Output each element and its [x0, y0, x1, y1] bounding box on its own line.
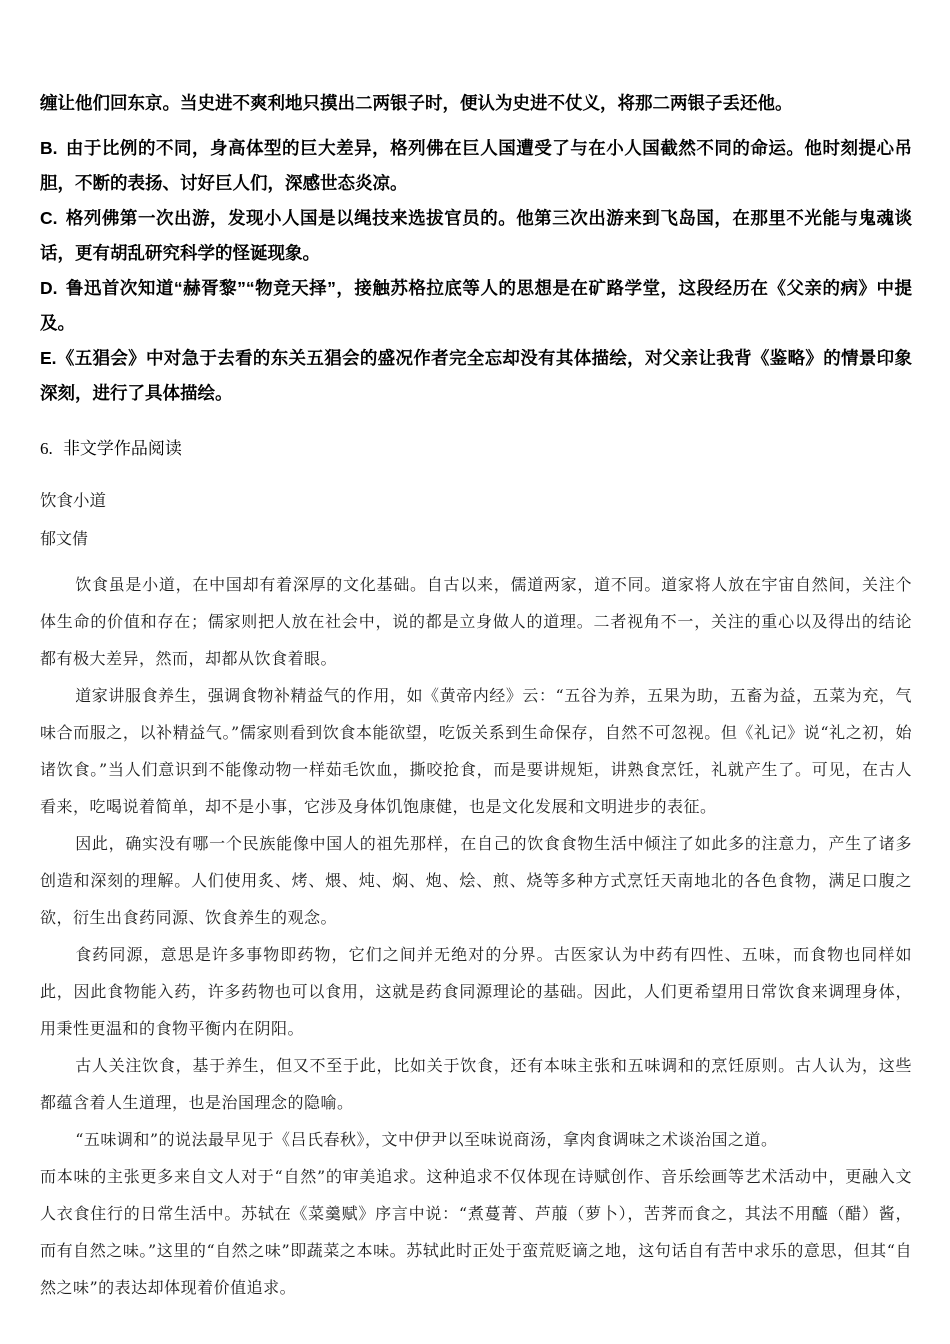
passage-author: 郁文倩: [40, 526, 912, 552]
option-e-label: E.: [40, 348, 57, 368]
option-b-label: B.: [40, 138, 58, 158]
option-a-continuation-text: 缠让他们回东京。当史进不爽利地只摸出二两银子时，便认为史进不仗义，将那二两银子丢…: [40, 86, 912, 121]
option-d-label: D.: [40, 278, 58, 298]
question-title: 非文学作品阅读: [63, 439, 182, 458]
question-number: 6.: [40, 439, 53, 458]
choice-options-section: 缠让他们回东京。当史进不爽利地只摸出二两银子时，便认为史进不仗义，将那二两银子丢…: [40, 86, 912, 411]
option-d-text: 鲁迅首次知道“赫胥黎”“物竞天择”，接触苏格拉底等人的思想是在矿路学堂，这段经历…: [40, 278, 912, 333]
passage-paragraph-2: 道家讲服食养生，强调食物补精益气的作用，如《黄帝内经》云：“五谷为养，五果为助，…: [40, 677, 912, 825]
option-d: D.鲁迅首次知道“赫胥黎”“物竞天择”，接触苏格拉底等人的思想是在矿路学堂，这段…: [40, 271, 912, 341]
reading-passage: 饮食小道 郁文倩 饮食虽是小道，在中国却有着深厚的文化基础。自古以来，儒道两家，…: [40, 488, 912, 1306]
passage-paragraph-3: 因此，确实没有哪一个民族能像中国人的祖先那样，在自己的饮食食物生活中倾注了如此多…: [40, 825, 912, 936]
option-b-text: 由于比例的不同，身高体型的巨大差异，格列佛在巨人国遭受了与在小人国截然不同的命运…: [40, 138, 912, 193]
passage-paragraph-7: 而本味的主张更多来自文人对于“自然”的审美追求。这种追求不仅体现在诗赋创作、音乐…: [40, 1158, 912, 1306]
passage-paragraph-4: 食药同源，意思是许多事物即药物，它们之间并无绝对的分界。古医家认为中药有四性、五…: [40, 936, 912, 1047]
option-c: C.格列佛第一次出游，发现小人国是以绳技来选拔官员的。他第三次出游来到飞岛国，在…: [40, 201, 912, 271]
passage-paragraph-6: “五味调和”的说法最早见于《吕氏春秋》，文中伊尹以至味说商汤，拿肉食调味之术谈治…: [40, 1121, 912, 1158]
document-page: 缠让他们回东京。当史进不爽利地只摸出二两银子时，便认为史进不仗义，将那二两银子丢…: [0, 0, 950, 1344]
option-e: E.《五猖会》中对急于去看的东关五猖会的盛况作者完全忘却没有其体描绘，对父亲让我…: [40, 341, 912, 411]
option-c-label: C.: [40, 208, 58, 228]
passage-paragraph-1: 饮食虽是小道，在中国却有着深厚的文化基础。自古以来，儒道两家，道不同。道家将人放…: [40, 566, 912, 677]
option-b: B.由于比例的不同，身高体型的巨大差异，格列佛在巨人国遭受了与在小人国截然不同的…: [40, 131, 912, 201]
passage-title: 饮食小道: [40, 488, 912, 514]
option-e-text: 《五猖会》中对急于去看的东关五猖会的盛况作者完全忘却没有其体描绘，对父亲让我背《…: [40, 348, 912, 403]
option-c-text: 格列佛第一次出游，发现小人国是以绳技来选拔官员的。他第三次出游来到飞岛国，在那里…: [40, 208, 912, 263]
passage-paragraph-5: 古人关注饮食，基于养生，但又不至于此，比如关于饮食，还有本味主张和五味调和的烹饪…: [40, 1047, 912, 1121]
question-heading: 6.非文学作品阅读: [40, 435, 912, 463]
